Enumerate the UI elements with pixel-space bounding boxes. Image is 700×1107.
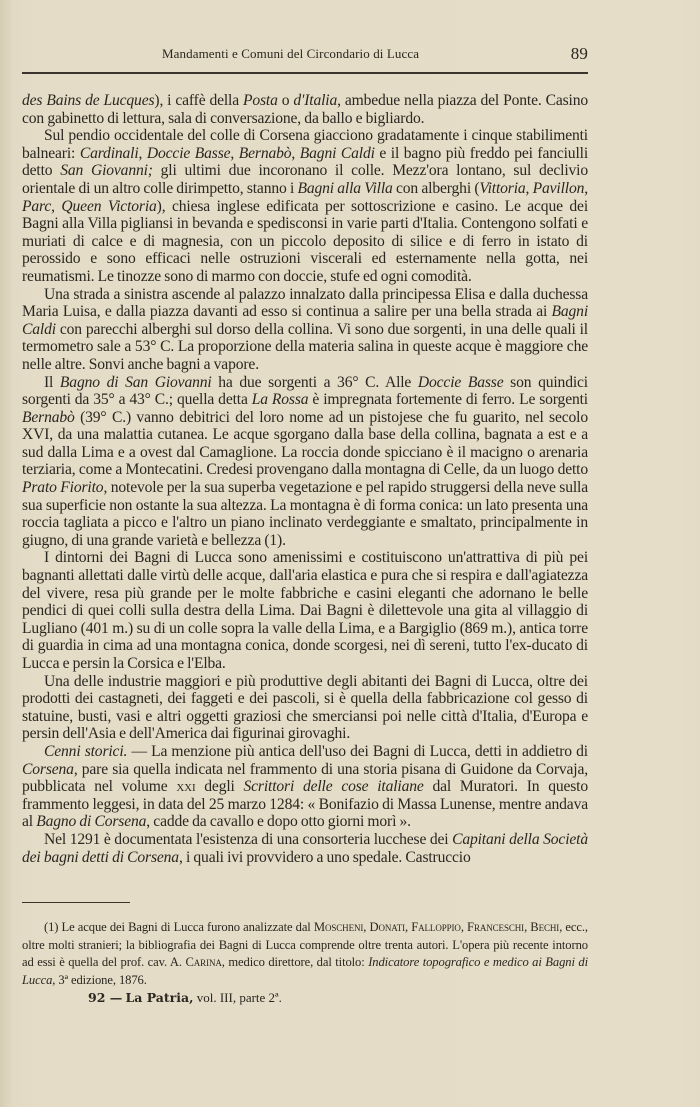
italic-text: Doccie Basse: [147, 145, 231, 162]
main-text: des Bains de Lucques), i caffè della Pos…: [22, 92, 588, 866]
footnote: (1) Le acque dei Bagni di Lucca furono a…: [22, 919, 588, 989]
author-name: Moscheni: [314, 920, 363, 934]
text: Nel 1291 è documentata l'esistenza di un…: [44, 831, 452, 848]
text: o: [278, 92, 294, 109]
text: ha due sorgenti a 36° C. Alle: [212, 374, 418, 391]
text: ), i caffè della: [154, 92, 243, 109]
text: Il: [44, 374, 60, 391]
italic-text: Bagni alla Villa: [297, 180, 392, 197]
text: , notevole per la sua superba vegetazion…: [22, 479, 588, 549]
text: , i quali ivi provvidero a uno spedale. …: [179, 849, 471, 866]
signature-work-title: La Patria,: [126, 990, 194, 1005]
italic-text: Scrittori delle cose italiane: [244, 778, 424, 795]
paragraph-5: I dintorni dei Bagni di Lucca sono ameni…: [22, 549, 588, 672]
italic-text: Vittoria: [479, 180, 525, 197]
roman-numeral: xxi: [176, 778, 195, 795]
italic-text: Prato Fiorito: [22, 479, 103, 496]
running-title: Mandamenti e Comuni del Circondario di L…: [162, 46, 419, 62]
italic-text: Queen Victoria: [61, 198, 156, 215]
italic-text: Doccie Basse: [418, 374, 504, 391]
running-header: Mandamenti e Comuni del Circondario di L…: [22, 44, 588, 64]
text: , cadde da cavallo e dopo otto giorni mo…: [146, 813, 411, 830]
text: ,: [526, 180, 533, 197]
text: con parecchi alberghi sul dorso della co…: [22, 321, 588, 373]
text: , 3ª edizione, 1876.: [52, 973, 147, 987]
signature-number: 92 —: [88, 990, 122, 1005]
paragraph-2: Sul pendio occidentale del colle di Cors…: [22, 127, 588, 285]
page-number: 89: [571, 44, 588, 64]
italic-text: Posta: [243, 92, 278, 109]
italic-text: Corsena: [22, 761, 74, 778]
italic-text: Pavillon: [533, 180, 585, 197]
text: ,: [230, 145, 238, 162]
paragraph-1: des Bains de Lucques), i caffè della Pos…: [22, 92, 588, 127]
italic-text: d'Italia: [293, 92, 337, 109]
text: ,: [584, 180, 588, 197]
text: Una strada a sinistra ascende al palazzo…: [22, 286, 588, 321]
header-rule: [22, 72, 588, 74]
text: , medico direttore, dal titolo:: [222, 955, 368, 969]
text: (39° C.) vanno debitrici del loro nome a…: [22, 409, 588, 479]
author-name: Donati: [370, 920, 406, 934]
italic-text: des Bains de Lucques: [22, 92, 154, 109]
text: ,: [139, 145, 147, 162]
italic-text: Bagno di San Giovanni: [60, 374, 212, 391]
italic-text: Bagni Caldi: [300, 145, 375, 162]
paragraph-8: Nel 1291 è documentata l'esistenza di un…: [22, 831, 588, 866]
author-name: Franceschi: [467, 920, 524, 934]
text: degli: [195, 778, 243, 795]
signature-volume: vol. III, parte 2ª.: [193, 990, 281, 1005]
text: è impregnata fortemente di ferro. Le sor…: [308, 391, 588, 408]
paragraph-7: Cenni storici. — La menzione più antica …: [22, 743, 588, 831]
printer-signature: 92 — La Patria, vol. III, parte 2ª.: [88, 990, 282, 1006]
author-name: Falloppio: [411, 920, 461, 934]
text: ,: [51, 198, 61, 215]
italic-text: Cardinali: [80, 145, 139, 162]
text: con alberghi (: [393, 180, 480, 197]
paragraph-6: Una delle industrie maggiori e più produ…: [22, 673, 588, 743]
italic-text: Bagno di Corsena: [36, 813, 146, 830]
footnote-marker: (1): [44, 920, 58, 934]
italic-text: San Giovanni;: [60, 162, 153, 179]
italic-text: La Rossa: [252, 391, 309, 408]
paragraph-3: Una strada a sinistra ascende al palazzo…: [22, 286, 588, 374]
text: Le acque dei Bagni di Lucca furono anali…: [58, 920, 313, 934]
text: ,: [291, 145, 299, 162]
author-name: Carina: [185, 955, 221, 969]
text: — La menzione più antica dell'uso dei Ba…: [127, 743, 588, 760]
author-name: Bechi: [530, 920, 559, 934]
footnote-rule: [22, 902, 130, 903]
paragraph-4: Il Bagno di San Giovanni ha due sorgenti…: [22, 374, 588, 550]
italic-text: Bernabò: [239, 145, 292, 162]
italic-text: Parc: [22, 198, 51, 215]
footnote-1: (1) Le acque dei Bagni di Lucca furono a…: [22, 919, 588, 989]
section-heading-inline: Cenni storici.: [44, 743, 127, 760]
italic-text: Bernabò: [22, 409, 75, 426]
